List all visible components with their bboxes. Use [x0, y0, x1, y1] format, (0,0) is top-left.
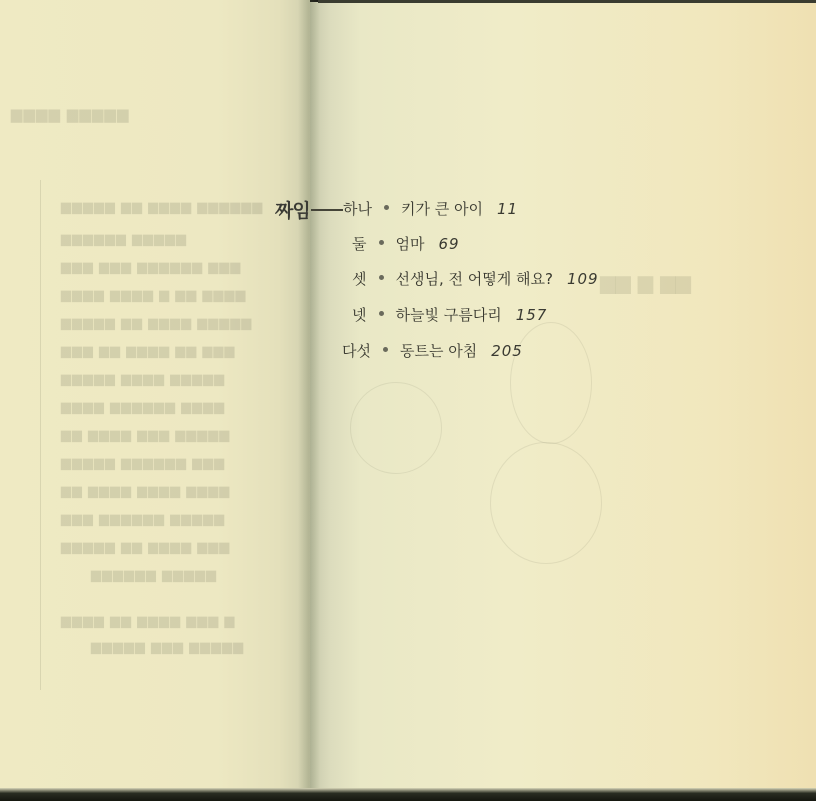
toc-entry-page: 109: [567, 270, 599, 288]
left-page: ▆▆▆▆▆ ▆▆▆▆ ▆▆▆▆▆▆ ▆▆▆▆ ▆▆ ▆▆▆▆▆ ▆▆▆▆▆ ▆▆…: [0, 0, 310, 788]
bleed-through-text: ▆▆▆▆▆ ▆▆▆▆▆▆ ▆▆▆: [60, 512, 224, 527]
toc-entry-page: 205: [491, 342, 523, 360]
bleed-through-text: ▆▆▆▆▆ ▆▆▆▆ ▆▆▆▆▆: [60, 372, 224, 387]
right-page: ▆▆ ▆ ▆▆: [310, 2, 816, 788]
bullet-icon: [379, 240, 384, 245]
scan-bottom-edge: [0, 788, 816, 801]
bleed-through-text: ▆▆▆▆▆ ▆▆▆ ▆▆▆▆ ▆▆: [60, 428, 229, 443]
bullet-icon: [384, 205, 389, 210]
toc-entry-number: 셋: [352, 268, 367, 289]
page-top-edge: [318, 0, 816, 3]
bleed-through-rule: [40, 180, 41, 690]
bleed-through-text: ▆▆▆▆▆ ▆▆▆▆▆▆: [60, 232, 186, 247]
toc-entry-number: 하나: [343, 198, 372, 219]
toc-entry: 넷 하늘빛 구름다리 157: [352, 304, 547, 325]
toc-heading-dash: [311, 209, 343, 211]
toc-entry-title: 키가 큰 아이: [401, 198, 483, 219]
book-gutter: [298, 0, 320, 788]
bullet-icon: [383, 347, 388, 352]
toc-entry-title: 하늘빛 구름다리: [396, 304, 502, 325]
toc-entry: 하나 키가 큰 아이 11: [343, 198, 518, 219]
toc-entry-title: 엄마: [396, 233, 425, 254]
bleed-through-text: ▆▆▆ ▆▆▆▆▆▆ ▆▆▆▆▆: [60, 456, 224, 471]
toc-entry-number: 넷: [352, 304, 367, 325]
bleed-through-text: ▆▆▆▆▆▆ ▆▆▆▆ ▆▆ ▆▆▆▆▆: [60, 200, 262, 215]
toc-entry-title: 동트는 아침: [400, 340, 477, 361]
toc-entry-number: 둘: [352, 233, 367, 254]
bleed-through-text: ▆▆▆▆ ▆▆▆▆▆▆ ▆▆▆▆: [60, 400, 224, 415]
bleed-through-text: ▆▆▆▆ ▆▆▆▆ ▆▆▆▆ ▆▆: [60, 484, 229, 499]
bleed-through-text: ▆▆▆ ▆▆▆▆▆▆ ▆▆▆ ▆▆▆: [60, 260, 240, 275]
bleed-through-illustration: [490, 442, 602, 564]
book-spread: ▆▆▆▆▆ ▆▆▆▆ ▆▆▆▆▆▆ ▆▆▆▆ ▆▆ ▆▆▆▆▆ ▆▆▆▆▆ ▆▆…: [0, 0, 816, 788]
bleed-through-text: ▆▆▆▆▆ ▆▆▆▆: [10, 105, 129, 123]
toc-entry-title: 선생님, 전 어떻게 해요?: [396, 268, 553, 289]
bleed-through-text: ▆▆▆▆ ▆▆ ▆ ▆▆▆▆ ▆▆▆▆: [60, 288, 246, 303]
bleed-through-text: ▆ ▆▆▆ ▆▆▆▆ ▆▆ ▆▆▆▆: [60, 614, 235, 629]
toc-entry-page: 11: [497, 200, 518, 218]
toc-entry-page: 157: [516, 306, 548, 324]
bleed-through-text: ▆▆▆ ▆▆▆▆ ▆▆ ▆▆▆▆▆: [60, 540, 229, 555]
toc-entry: 둘 엄마 69: [352, 233, 460, 254]
toc-entry-number: 다섯: [342, 340, 371, 361]
bleed-through-text: ▆▆▆ ▆▆ ▆▆▆▆ ▆▆ ▆▆▆: [60, 344, 235, 359]
bleed-through-title: ▆▆ ▆ ▆▆: [600, 270, 691, 294]
bullet-icon: [379, 275, 384, 280]
bleed-through-illustration: [350, 382, 442, 474]
bleed-through-text: ▆▆▆▆▆ ▆▆▆ ▆▆▆▆▆: [90, 640, 243, 655]
bullet-icon: [379, 311, 384, 316]
bleed-through-text: ▆▆▆▆▆ ▆▆▆▆▆▆: [90, 568, 216, 583]
toc-entry: 다섯 동트는 아침 205: [342, 340, 523, 361]
toc-entry-page: 69: [438, 235, 459, 253]
bleed-through-text: ▆▆▆▆▆ ▆▆▆▆ ▆▆ ▆▆▆▆▆: [60, 316, 251, 331]
toc-heading: 짜임: [275, 196, 310, 223]
toc-entry: 셋 선생님, 전 어떻게 해요? 109: [352, 268, 599, 289]
